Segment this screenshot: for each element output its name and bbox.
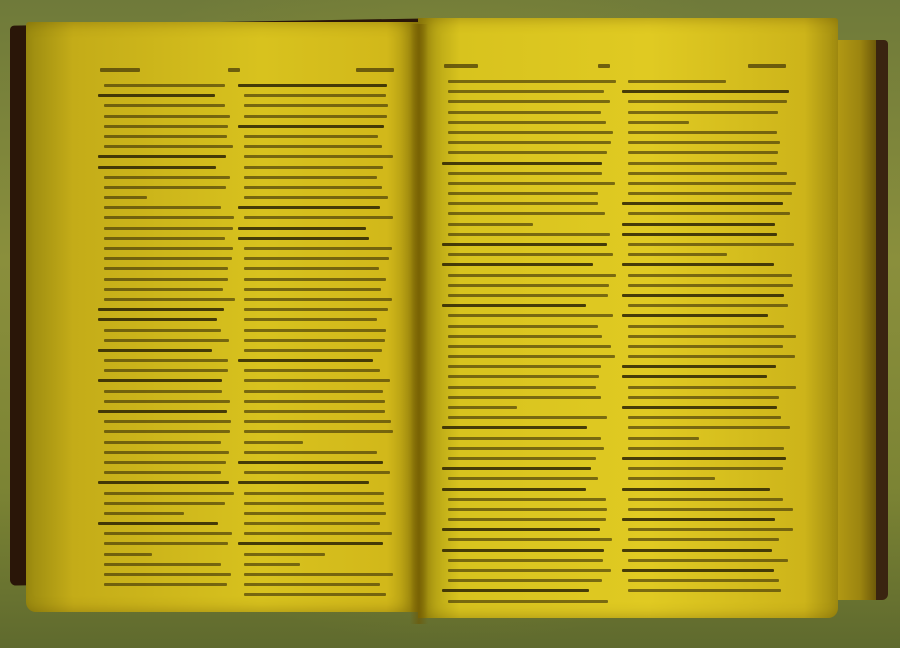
text-line — [244, 593, 386, 596]
text-line — [442, 304, 586, 307]
text-line — [104, 176, 230, 179]
text-line — [448, 294, 608, 297]
text-line — [238, 206, 380, 209]
text-line — [628, 528, 793, 531]
text-line — [448, 233, 610, 236]
text-line — [104, 430, 230, 433]
text-line — [104, 471, 221, 474]
text-line — [244, 247, 392, 250]
right-page-column-1 — [442, 80, 610, 610]
text-line — [104, 145, 233, 148]
text-line — [448, 111, 601, 114]
text-line — [104, 542, 228, 545]
text-line — [104, 267, 228, 270]
text-line — [448, 182, 615, 185]
text-line — [448, 396, 601, 399]
text-line — [622, 233, 777, 236]
text-line — [448, 508, 607, 511]
text-line — [104, 420, 231, 423]
text-line — [628, 426, 790, 429]
text-line — [448, 365, 601, 368]
text-line — [448, 131, 613, 134]
text-line — [104, 257, 232, 260]
text-line — [104, 573, 231, 576]
text-line — [104, 227, 233, 230]
text-line — [628, 253, 727, 256]
text-line — [628, 80, 726, 83]
text-line — [448, 335, 602, 338]
text-line — [244, 329, 386, 332]
text-line — [98, 155, 226, 158]
text-line — [448, 457, 596, 460]
text-line — [244, 349, 382, 352]
text-line — [244, 492, 384, 495]
text-line — [104, 104, 225, 107]
text-line — [448, 375, 599, 378]
text-line — [244, 502, 384, 505]
text-line — [244, 94, 386, 97]
text-line — [244, 553, 325, 556]
text-line — [628, 172, 787, 175]
text-line — [238, 84, 387, 87]
text-line — [98, 308, 224, 311]
text-line — [244, 176, 377, 179]
text-line — [244, 115, 387, 118]
text-line — [622, 202, 783, 205]
text-line — [98, 318, 217, 321]
text-line — [244, 318, 377, 321]
text-line — [104, 247, 233, 250]
text-line — [622, 549, 772, 552]
text-line — [104, 329, 221, 332]
text-line — [442, 426, 587, 429]
text-line — [244, 410, 385, 413]
text-line — [628, 345, 783, 348]
text-line — [98, 481, 229, 484]
text-line — [442, 589, 589, 592]
text-line — [98, 410, 227, 413]
text-line — [628, 508, 793, 511]
text-line — [628, 386, 796, 389]
text-line — [448, 151, 607, 154]
text-line — [628, 579, 779, 582]
text-line — [244, 288, 381, 291]
text-line — [244, 166, 383, 169]
text-line — [104, 278, 228, 281]
text-line — [628, 355, 795, 358]
text-line — [448, 437, 601, 440]
text-line — [104, 115, 230, 118]
text-line — [238, 461, 383, 464]
text-line — [448, 172, 602, 175]
text-line — [622, 263, 774, 266]
text-line — [244, 135, 378, 138]
text-line — [622, 90, 789, 93]
text-line — [628, 467, 783, 470]
text-line — [628, 498, 783, 501]
text-line — [104, 206, 221, 209]
text-line — [244, 196, 388, 199]
text-line — [628, 151, 778, 154]
text-line — [104, 451, 229, 454]
text-line — [448, 498, 606, 501]
text-line — [628, 396, 779, 399]
text-line — [628, 437, 699, 440]
text-line — [622, 375, 767, 378]
text-line — [104, 339, 229, 342]
text-line — [104, 135, 227, 138]
text-line — [628, 243, 794, 246]
text-line — [244, 298, 392, 301]
text-line — [104, 288, 223, 291]
text-line — [244, 155, 393, 158]
text-line — [448, 253, 613, 256]
text-line — [448, 386, 596, 389]
text-line — [244, 400, 385, 403]
text-line — [628, 304, 788, 307]
text-line — [238, 359, 373, 362]
text-line — [104, 84, 225, 87]
text-line — [104, 237, 225, 240]
text-line — [448, 223, 533, 226]
text-line — [622, 518, 775, 521]
text-line — [104, 390, 222, 393]
text-line — [622, 569, 774, 572]
text-line — [628, 121, 689, 124]
text-line — [244, 278, 386, 281]
text-line — [628, 284, 793, 287]
text-line — [622, 488, 770, 491]
text-line — [98, 349, 212, 352]
left-page-column-2 — [238, 84, 388, 604]
page-number-right — [598, 64, 610, 68]
text-line — [244, 420, 391, 423]
text-line — [238, 481, 369, 484]
text-line — [442, 528, 600, 531]
text-line — [244, 216, 393, 219]
text-line — [628, 538, 779, 541]
text-line — [98, 379, 222, 382]
text-line — [628, 141, 780, 144]
guide-word-right — [748, 64, 786, 68]
text-line — [448, 345, 611, 348]
text-line — [244, 308, 388, 311]
text-line — [104, 532, 232, 535]
text-line — [104, 298, 235, 301]
text-line — [448, 141, 611, 144]
left-page — [26, 22, 418, 612]
text-line — [442, 162, 602, 165]
guide-word-left — [444, 64, 478, 68]
text-line — [622, 223, 775, 226]
text-line — [238, 227, 366, 230]
text-line — [628, 416, 781, 419]
text-line — [448, 80, 616, 83]
text-line — [448, 416, 607, 419]
text-line — [448, 600, 608, 603]
text-line — [448, 274, 616, 277]
text-line — [244, 339, 385, 342]
text-line — [448, 355, 615, 358]
text-line — [244, 512, 386, 515]
text-line — [622, 406, 777, 409]
text-line — [622, 457, 786, 460]
text-line — [448, 121, 606, 124]
text-line — [244, 563, 300, 566]
text-line — [628, 162, 777, 165]
page-edges — [836, 40, 876, 600]
text-line — [104, 186, 226, 189]
text-line — [104, 359, 228, 362]
text-line — [244, 257, 389, 260]
text-line — [622, 294, 784, 297]
text-line — [244, 441, 303, 444]
text-line — [448, 90, 604, 93]
text-line — [442, 467, 591, 470]
text-line — [628, 325, 784, 328]
text-line — [628, 182, 796, 185]
text-line — [448, 518, 606, 521]
text-line — [104, 216, 234, 219]
text-line — [104, 583, 227, 586]
guide-word-right — [356, 68, 394, 72]
text-line — [244, 573, 393, 576]
right-page — [418, 18, 838, 618]
text-line — [628, 447, 784, 450]
text-line — [442, 488, 586, 491]
guide-word-left — [100, 68, 140, 72]
text-line — [448, 447, 604, 450]
text-line — [622, 314, 768, 317]
left-page-column-1 — [98, 84, 230, 593]
text-line — [448, 192, 598, 195]
text-line — [628, 477, 715, 480]
text-line — [104, 492, 234, 495]
text-line — [448, 284, 609, 287]
text-line — [104, 400, 230, 403]
text-line — [244, 369, 380, 372]
text-line — [628, 589, 781, 592]
text-line — [104, 125, 228, 128]
text-line — [628, 335, 796, 338]
text-line — [238, 237, 369, 240]
text-line — [244, 532, 392, 535]
text-line — [628, 212, 790, 215]
text-line — [98, 94, 215, 97]
text-line — [448, 314, 613, 317]
text-line — [104, 369, 228, 372]
text-line — [238, 125, 384, 128]
text-line — [244, 471, 390, 474]
text-line — [628, 111, 778, 114]
text-line — [238, 542, 383, 545]
text-line — [244, 522, 380, 525]
text-line — [442, 263, 593, 266]
text-line — [448, 325, 598, 328]
text-line — [628, 192, 792, 195]
text-line — [98, 166, 216, 169]
text-line — [244, 583, 380, 586]
text-line — [244, 379, 390, 382]
text-line — [448, 559, 603, 562]
text-line — [98, 522, 218, 525]
text-line — [448, 569, 611, 572]
text-line — [442, 549, 604, 552]
text-line — [244, 267, 379, 270]
text-line — [628, 559, 788, 562]
text-line — [244, 104, 388, 107]
text-line — [104, 441, 221, 444]
text-line — [448, 202, 598, 205]
book-gutter — [410, 24, 428, 624]
right-page-column-2 — [622, 80, 790, 600]
text-line — [628, 100, 787, 103]
text-line — [448, 477, 598, 480]
page-number-left — [228, 68, 240, 72]
text-line — [448, 538, 612, 541]
text-line — [104, 563, 221, 566]
text-line — [622, 365, 776, 368]
text-line — [104, 502, 225, 505]
text-line — [104, 512, 184, 515]
text-line — [104, 461, 226, 464]
text-line — [244, 451, 377, 454]
text-line — [244, 430, 393, 433]
text-line — [244, 145, 382, 148]
text-line — [104, 553, 152, 556]
text-line — [628, 131, 777, 134]
text-line — [448, 579, 602, 582]
text-line — [628, 274, 792, 277]
text-line — [448, 212, 605, 215]
text-line — [442, 243, 607, 246]
text-line — [104, 196, 147, 199]
text-line — [244, 390, 383, 393]
text-line — [448, 100, 610, 103]
text-line — [244, 186, 382, 189]
text-line — [448, 406, 517, 409]
